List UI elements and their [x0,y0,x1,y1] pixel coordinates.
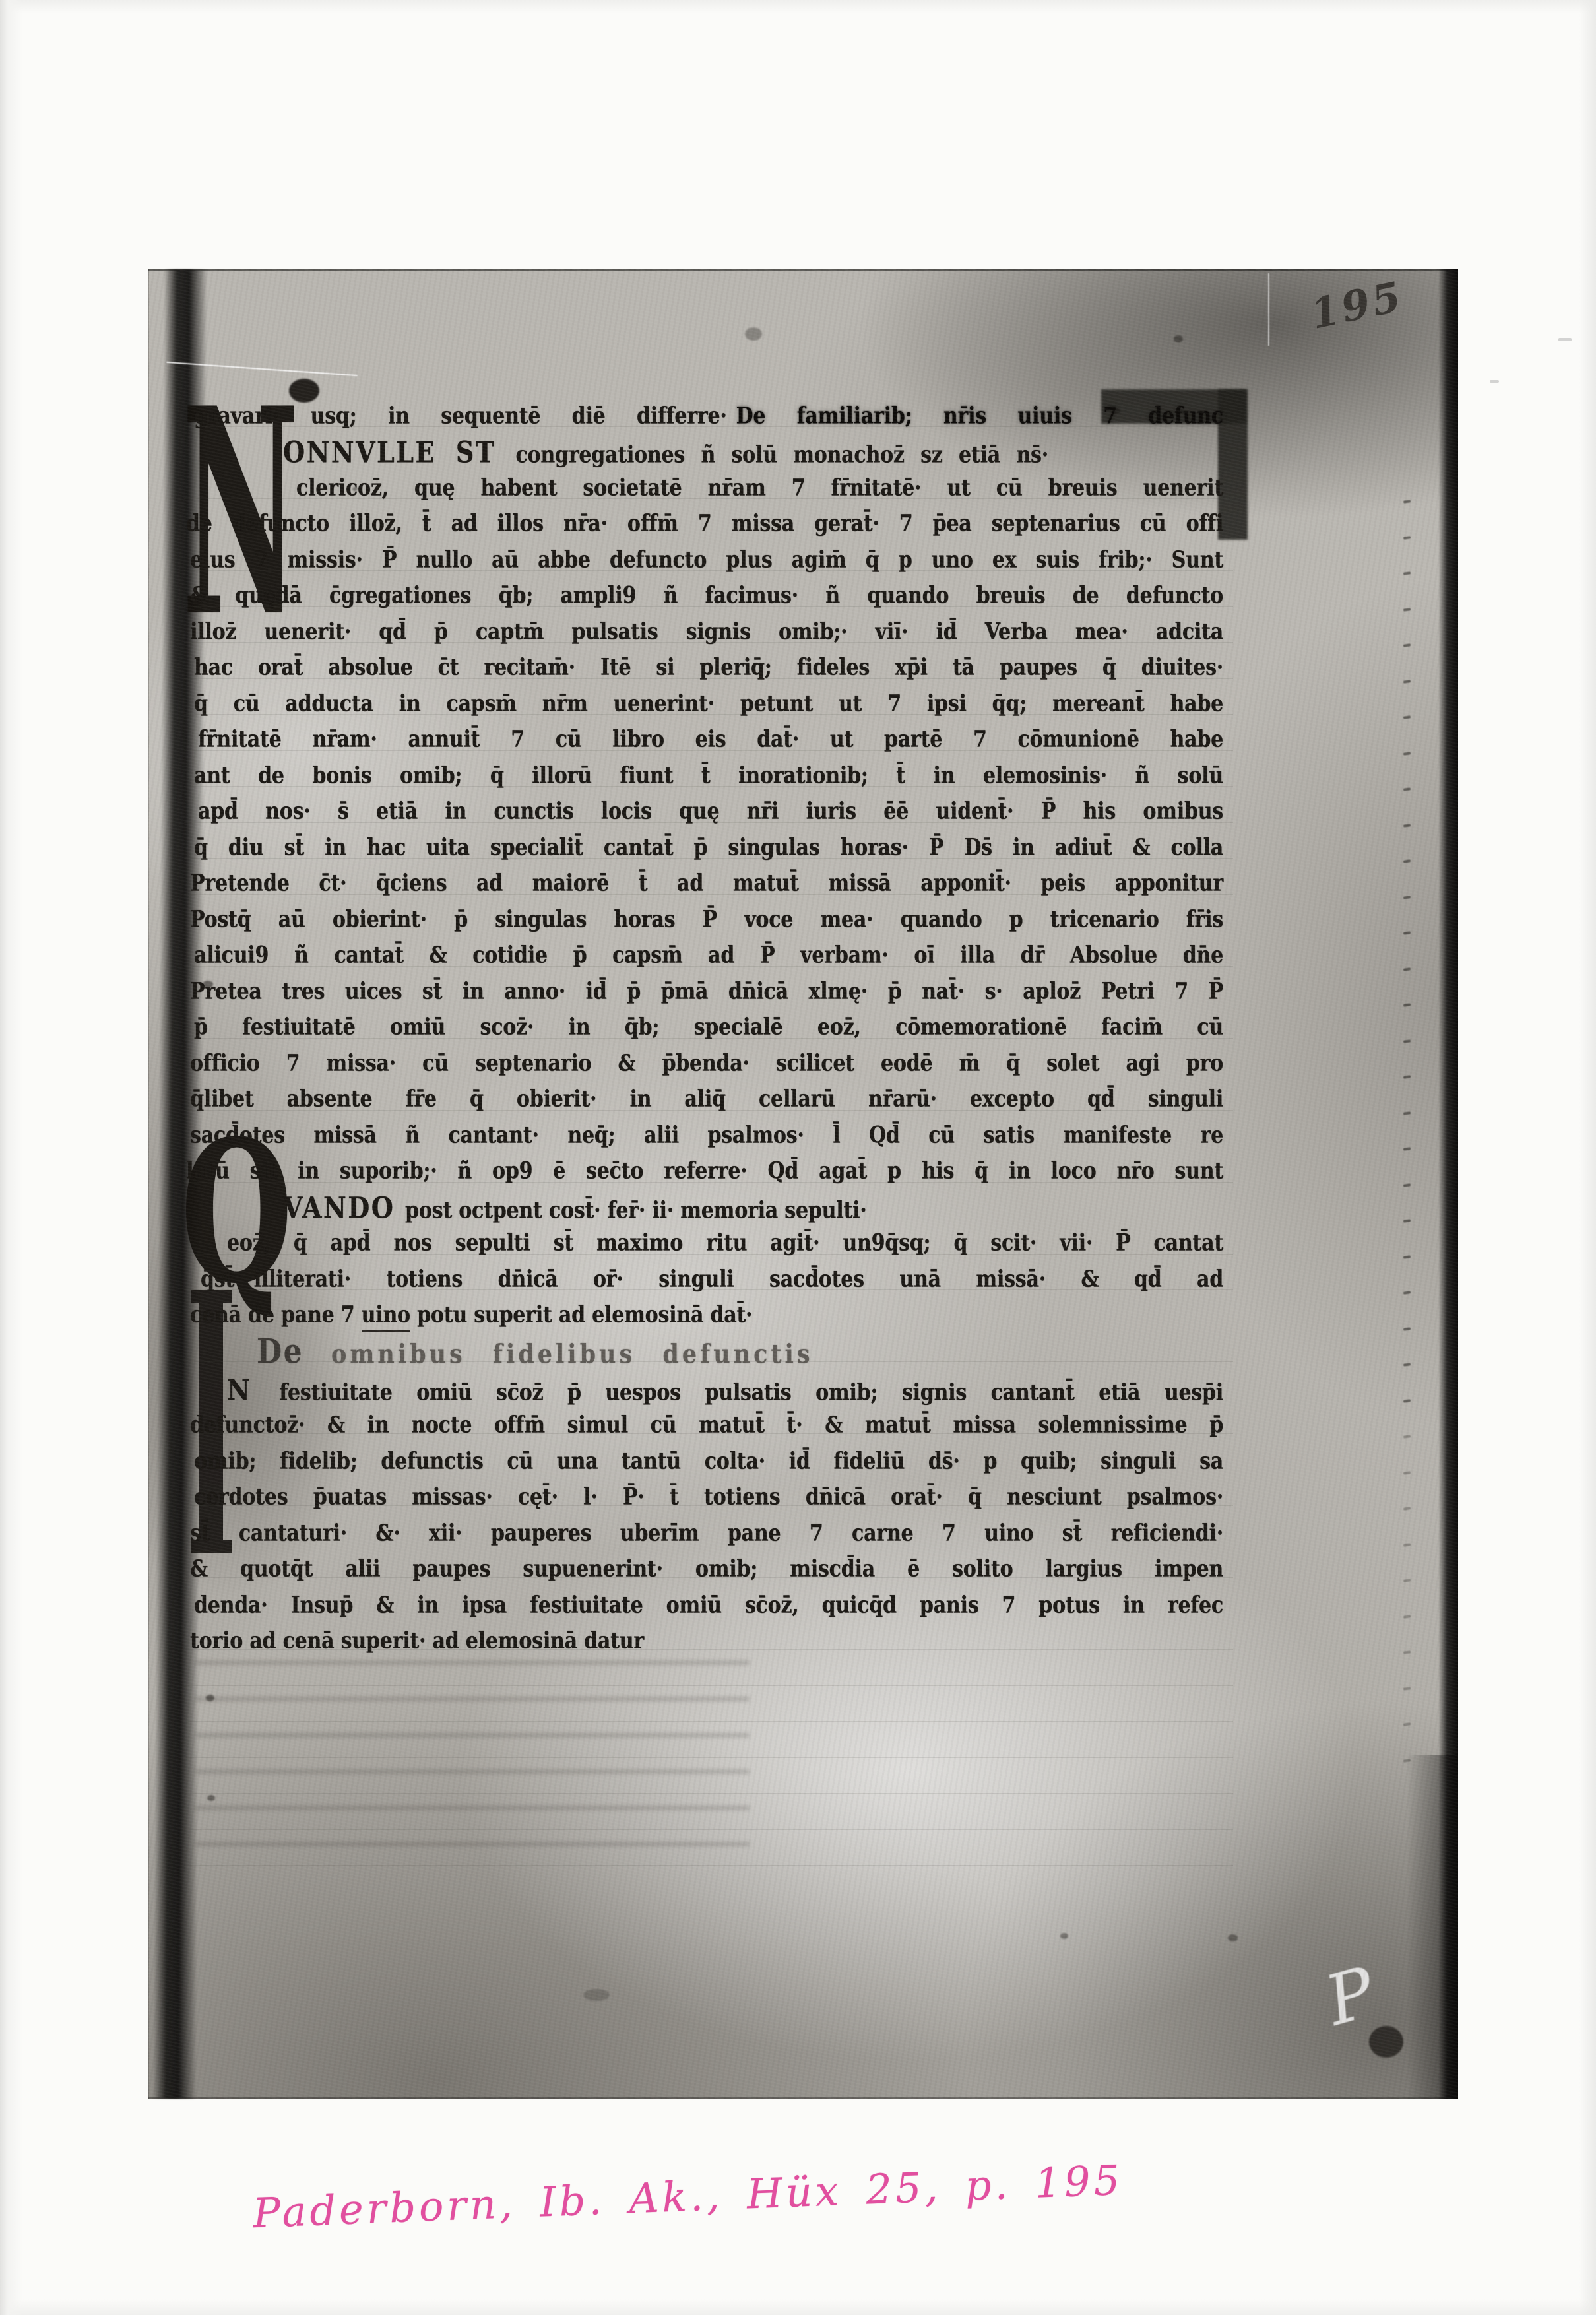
ruling-line [184,498,1233,499]
manuscript-line: N festiuitate omiū sc̄oz̄ p̄ uespos puls… [227,1375,1223,1408]
manuscript-line: ONNVLLE ST congregationes ñ solū monacho… [283,437,1048,471]
ruling-line [184,1254,1233,1255]
pricking-mark [1403,1471,1411,1474]
pricking-mark [1403,824,1411,827]
ruling-line [184,894,1233,895]
ruling-line [184,1326,1233,1326]
underlined-word: uino [362,1301,410,1332]
pricking-mark [1403,1111,1411,1115]
ink-speck [289,379,319,403]
sheet-speck [1558,338,1572,341]
ruling-line [184,1002,1233,1002]
line-lead-capitals: ONNVLLE ST [283,435,515,469]
ruling-line [184,1721,1233,1722]
ruling-line [184,1757,1233,1758]
ink-speck [745,327,762,341]
sheet-speck [1490,380,1499,383]
ruling-line [184,463,1233,463]
ruling-line [184,1865,1233,1866]
rubric-tail: De familiarib; nr̄is uiuis 7 defunc [736,403,1223,430]
ruling-line [184,1829,1233,1830]
ruling-line [184,1038,1233,1039]
pricking-mark [1403,752,1411,755]
rubric-line: De omnibus fidelibus defunctis [257,1337,814,1370]
ruling-line [184,1074,1233,1074]
manuscript-line: ant de bonis omib; q̄ illorū fiunt t̄ in… [194,761,1223,791]
ruling-smudge [195,1697,750,1701]
ink-speck [206,1695,214,1701]
ink-speck [1060,1933,1068,1939]
manuscript-line: omib; fidelib; defunctis cū una tantū co… [194,1447,1223,1477]
pricking-mark [1403,1039,1411,1043]
ruling-line [184,1577,1233,1578]
ruling-line [184,750,1233,751]
ruling-line [184,642,1233,643]
manuscript-line: sacd̄otes missā ñ cantant· neq̄; alii ps… [190,1121,1223,1151]
pricking-mark [1403,1759,1411,1762]
manuscript-line: st̄ cantaturi· &· xii· pauperes uberīm p… [190,1518,1223,1549]
ruling-line [184,606,1233,607]
ink-speck [583,1989,610,2001]
ruling-line [184,678,1233,679]
ruling-line [184,1505,1233,1506]
line-lead-capitals: De [257,1332,331,1371]
pricking-mark [1403,680,1411,683]
pricking-mark [1403,1255,1411,1258]
shelfmark-annotation: Paderborn, Ib. Ak., Hüx 25, p. 195 [252,2156,1124,2238]
manuscript-line: VANDO post octpent cost̄· fer̄· ii· memo… [283,1192,867,1226]
pricking-mark [1403,536,1411,539]
line-lead-capitals: VANDO [283,1190,405,1225]
scan-sheet: 195 N Q gravari· usq; in sequentē diē di… [0,0,1596,2315]
ruling-line [184,570,1233,571]
ink-speck [352,487,358,491]
ruling-line [184,1793,1233,1794]
ruling-line [184,535,1233,535]
pricking-mark [1403,1399,1411,1402]
manuscript-line: defunctoz̄· & in nocte offm̄ simul cū ma… [190,1410,1223,1441]
ruling-line [184,1289,1233,1290]
manuscript-line: q̄ cū adducta in capsm̄ nr̄m uenerint· p… [194,689,1223,719]
manuscript-text-block: gravari· usq; in sequentē diē differre·D… [148,269,1458,2099]
ruling-line [184,822,1233,823]
ruling-line [184,786,1233,787]
ruling-line [184,858,1233,859]
pricking-mark [1403,896,1411,899]
ink-speck [203,981,213,988]
manuscript-line: illoz̄ uenerit· qd̄ p̄ captm̄ pulsatis s… [190,617,1223,647]
manuscript-line: & quotq̄t alii paupes supuenerint· omib;… [190,1554,1223,1584]
ruling-line [184,714,1233,715]
ruling-line [184,1542,1233,1542]
manuscript-line: q̄ diu st̄ in hac uita specialit̄ cantat… [194,833,1223,863]
ink-speck [1369,2026,1403,2058]
manuscript-photo: 195 N Q gravari· usq; in sequentē diē di… [148,269,1458,2099]
manuscript-line: q̄st̄ illiterati· totiens dn̄icā or̄· si… [201,1264,1223,1295]
pricking-mark [1403,1615,1411,1618]
manuscript-line: torio ad cenā superit· ad elemosinā datu… [190,1626,644,1656]
ink-speck [207,1795,215,1801]
ruling-line [184,1361,1233,1362]
ruling-line [184,1685,1233,1686]
ruling-line [184,1146,1233,1146]
manuscript-line: eius 7 missis· P̄ nullo aū abbe defuncto… [190,545,1223,575]
ruling-line [184,1470,1233,1470]
ruling-smudge [195,1660,750,1665]
ink-speck [1228,1934,1238,1941]
manuscript-line: gravari· usq; in sequentē diē differre·D… [194,401,1223,432]
ruling-smudge [195,1806,750,1810]
pricking-mark [1403,1327,1411,1330]
manuscript-line: officio 7 missa· cū septenario & p̄benda… [190,1049,1223,1079]
manuscript-line: Postq̄ aū obierint· p̄ singulas horas P̄… [190,905,1223,935]
manuscript-line: clericoz̄, quę habent societatē nr̄am 7 … [296,473,1223,504]
pricking-mark [1403,608,1411,611]
ruling-line [184,930,1233,930]
manuscript-line: denda· Insup̄ & in ipsa festiuitate omiū… [194,1590,1223,1621]
pricking-mark [1403,967,1411,971]
ruling-line [184,1218,1233,1218]
ruling-line [184,426,1233,427]
pricking-mark [1403,1183,1411,1187]
ruling-smudge [195,1842,750,1846]
ruling-line [184,1649,1233,1650]
pricking-mark [1403,1543,1411,1546]
ruling-smudge [195,1733,750,1738]
ruling-line [184,966,1233,967]
ruling-line [184,1398,1233,1398]
ruling-line [184,1614,1233,1614]
ruling-smudge [195,1769,750,1774]
pricking-mark [1403,1687,1411,1690]
line-lead-capitals: N [227,1373,279,1407]
manuscript-line: cerdotes p̄uatas missas· cęt̄· l· P̄· t̄… [194,1482,1223,1513]
manuscript-line: Pretea tres uices st̄ in anno· id̄ p̄ p̄… [190,977,1223,1007]
ruling-line [184,1433,1233,1434]
ink-speck [1174,335,1183,342]
ink-speck [1111,408,1120,414]
ruling-line [184,1110,1233,1111]
ruling-line [184,1182,1233,1183]
